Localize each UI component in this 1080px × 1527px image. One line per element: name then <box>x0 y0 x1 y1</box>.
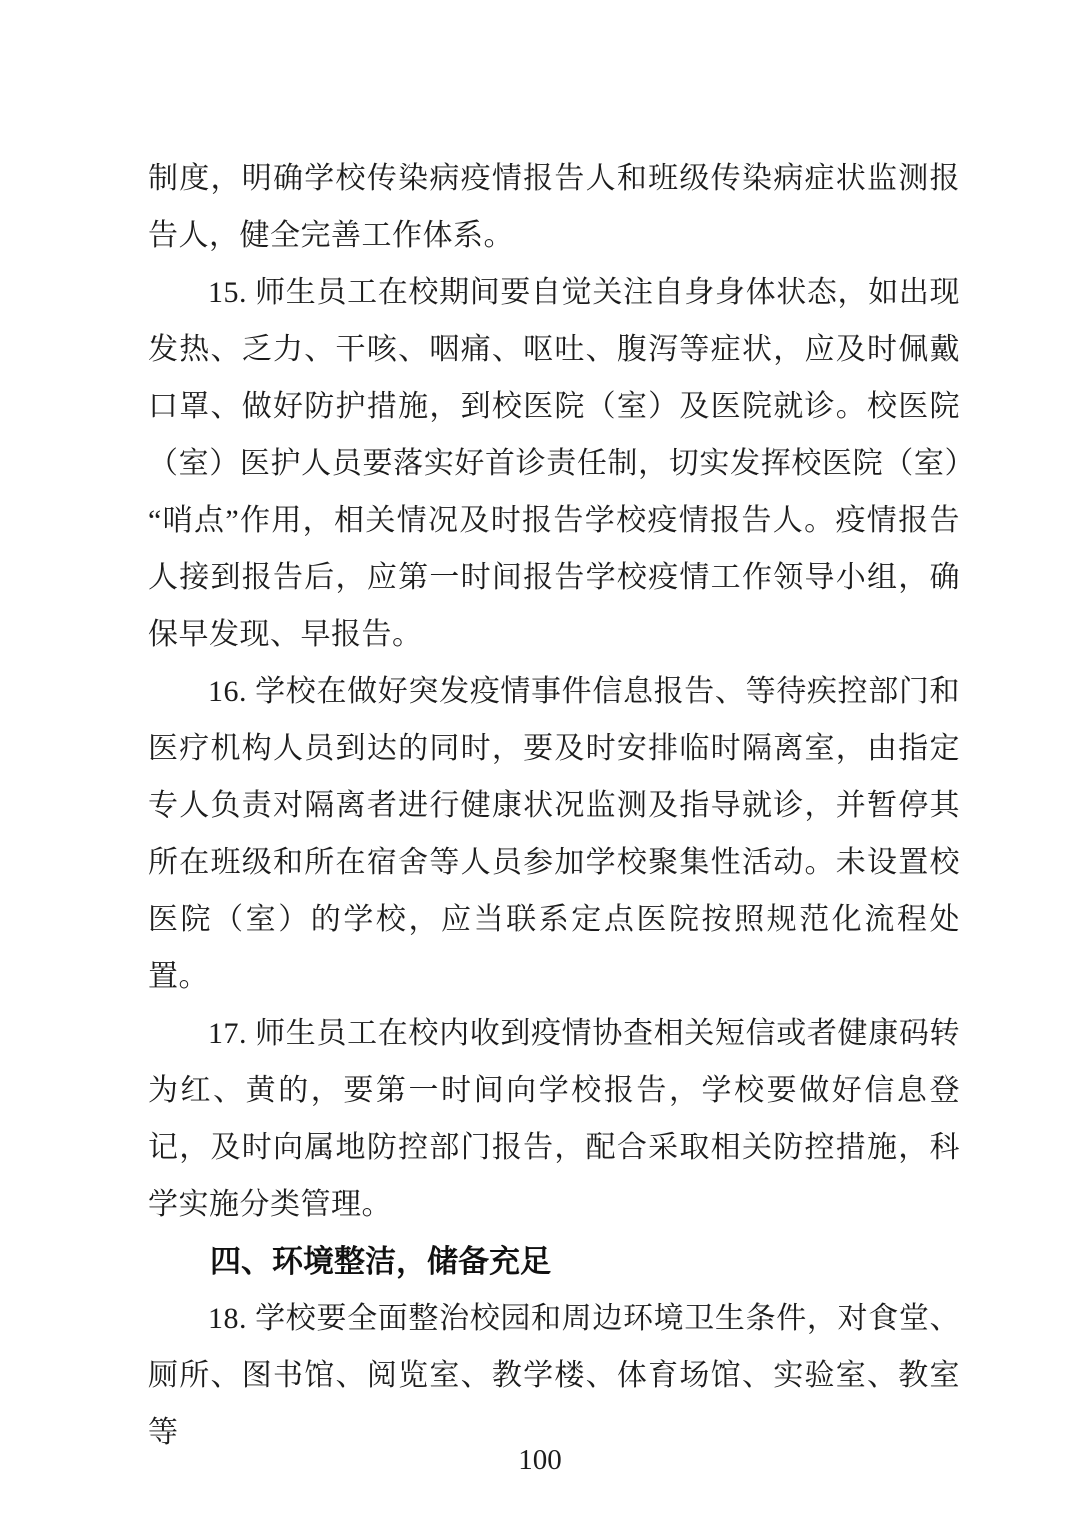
document-page: 制度，明确学校传染病疫情报告人和班级传染病症状监测报告人，健全完善工作体系。 1… <box>0 0 1080 1527</box>
paragraph-item-15: 15. 师生员工在校期间要自觉关注自身身体状态，如出现发热、乏力、干咳、咽痛、呕… <box>148 264 960 663</box>
document-body: 制度，明确学校传染病疫情报告人和班级传染病症状监测报告人，健全完善工作体系。 1… <box>148 150 960 1461</box>
paragraph-item-18: 18. 学校要全面整治校园和周边环境卫生条件，对食堂、厕所、图书馆、阅览室、教学… <box>148 1290 960 1461</box>
section-heading-4: 四、环境整洁，储备充足 <box>148 1233 960 1290</box>
paragraph-item-17: 17. 师生员工在校内收到疫情协查相关短信或者健康码转为红、黄的，要第一时间向学… <box>148 1005 960 1233</box>
paragraph-item-16: 16. 学校在做好突发疫情事件信息报告、等待疾控部门和医疗机构人员到达的同时，要… <box>148 663 960 1005</box>
paragraph-continuation: 制度，明确学校传染病疫情报告人和班级传染病症状监测报告人，健全完善工作体系。 <box>148 150 960 264</box>
page-number: 100 <box>0 1440 1080 1480</box>
